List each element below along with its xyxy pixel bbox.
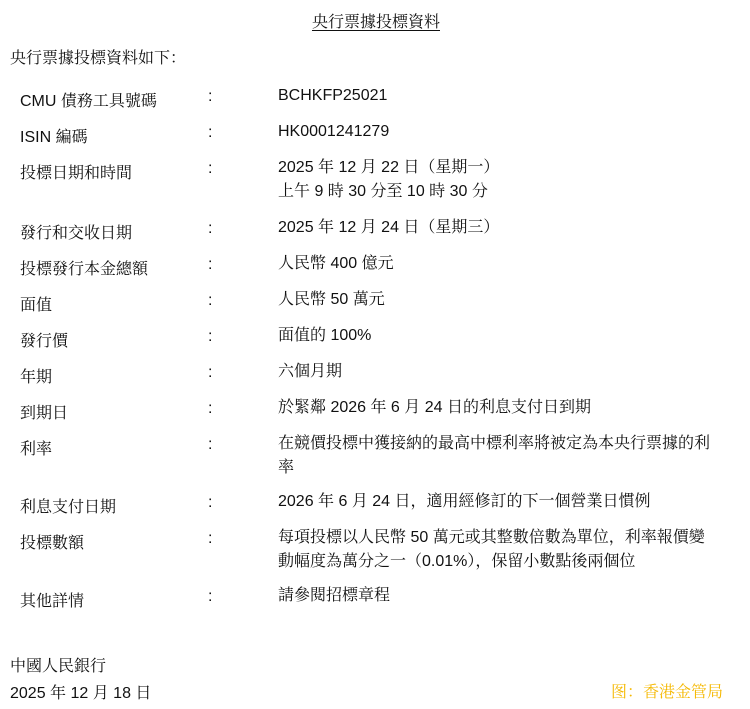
field-separator: : <box>208 292 212 310</box>
field-value: BCHKFP25021 <box>278 84 730 108</box>
field-label: 投標發行本金總額 <box>20 256 148 279</box>
field-separator: : <box>208 328 212 346</box>
intro-text: 央行票據投標資料如下： <box>10 45 186 68</box>
footer-date: 2025 年 12 月 18 日 <box>10 680 151 703</box>
field-label: 投標日期和時間 <box>20 160 132 183</box>
field-label: ISIN 編碼 <box>20 124 88 147</box>
field-value: 2025 年 12 月 22 日（星期一） 上午 9 時 30 分至 10 時 … <box>278 156 730 204</box>
field-value: 面值的 100% <box>278 324 730 348</box>
field-label: 發行和交收日期 <box>20 220 132 243</box>
document-title-text: 央行票據投標資料 <box>310 14 440 31</box>
field-separator: : <box>208 400 212 418</box>
field-value-line: 2025 年 12 月 24 日（星期三） <box>278 216 730 240</box>
field-separator: : <box>208 588 212 606</box>
field-value: 人民幣 400 億元 <box>278 252 730 276</box>
field-label: CMU 債務工具號碼 <box>20 88 157 111</box>
field-separator: : <box>208 88 212 106</box>
field-separator: : <box>208 220 212 238</box>
field-separator: : <box>208 530 212 548</box>
field-value-line: 人民幣 400 億元 <box>278 252 730 276</box>
field-separator: : <box>208 160 212 178</box>
field-value: 在競價投標中獲接納的最高中標利率將被定為本央行票據的利 率 <box>278 432 730 480</box>
field-separator: : <box>208 256 212 274</box>
field-separator: : <box>208 436 212 454</box>
field-value: 每項投標以人民幣 50 萬元或其整數倍數為單位，利率報價變 動幅度為萬分之一（0… <box>278 526 730 574</box>
field-value-line: 上午 9 時 30 分至 10 時 30 分 <box>278 180 730 204</box>
field-label: 利率 <box>20 436 52 459</box>
field-label: 利息支付日期 <box>20 494 116 517</box>
field-label: 其他詳情 <box>20 588 84 611</box>
field-value-line: 動幅度為萬分之一（0.01%），保留小數點後兩個位 <box>278 550 730 574</box>
field-label: 面值 <box>20 292 52 315</box>
field-value-line: 每項投標以人民幣 50 萬元或其整數倍數為單位，利率報價變 <box>278 526 730 550</box>
field-value: 請參閱招標章程 <box>278 584 730 608</box>
field-value: 於緊鄰 2026 年 6 月 24 日的利息支付日到期 <box>278 396 730 420</box>
field-value-line: 面值的 100% <box>278 324 730 348</box>
field-value-line: 率 <box>278 456 730 480</box>
field-label: 年期 <box>20 364 52 387</box>
field-value-line: BCHKFP25021 <box>278 84 730 108</box>
field-value-line: 於緊鄰 2026 年 6 月 24 日的利息支付日到期 <box>278 396 730 420</box>
field-value-line: 請參閱招標章程 <box>278 584 730 608</box>
field-label: 到期日 <box>20 400 68 423</box>
field-value-line: 人民幣 50 萬元 <box>278 288 730 312</box>
field-separator: : <box>208 494 212 512</box>
field-separator: : <box>208 124 212 142</box>
field-value-line: 2026 年 6 月 24 日，適用經修訂的下一個營業日慣例 <box>278 490 730 514</box>
field-value: 2025 年 12 月 24 日（星期三） <box>278 216 730 240</box>
field-value-line: 六個月期 <box>278 360 730 384</box>
field-label: 投標數額 <box>20 530 84 553</box>
field-value-line: 2025 年 12 月 22 日（星期一） <box>278 156 730 180</box>
field-value: 人民幣 50 萬元 <box>278 288 730 312</box>
image-credit: 图：香港金管局 <box>611 679 723 702</box>
field-value-line: HK0001241279 <box>278 120 730 144</box>
field-value: 六個月期 <box>278 360 730 384</box>
field-separator: : <box>208 364 212 382</box>
field-value-line: 在競價投標中獲接納的最高中標利率將被定為本央行票據的利 <box>278 432 730 456</box>
document-title: 央行票據投標資料 <box>0 9 750 32</box>
field-label: 發行價 <box>20 328 68 351</box>
field-value: HK0001241279 <box>278 120 730 144</box>
footer-issuer: 中國人民銀行 <box>10 653 106 676</box>
field-value: 2026 年 6 月 24 日，適用經修訂的下一個營業日慣例 <box>278 490 730 514</box>
